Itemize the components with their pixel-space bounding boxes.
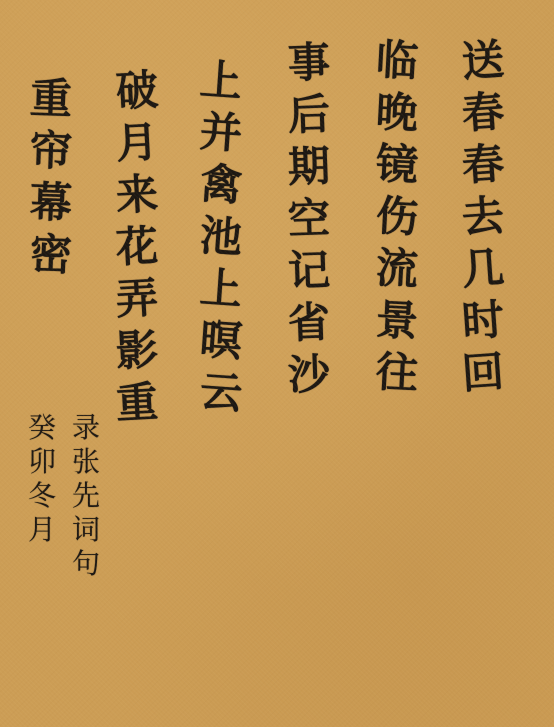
character: 期 <box>287 145 330 188</box>
character: 先 <box>72 482 100 510</box>
character: 流 <box>375 247 419 291</box>
character: 晚 <box>375 91 419 135</box>
calligraphy-column-1: 送 春 春 去 几 时 回 <box>462 40 504 404</box>
character: 后 <box>287 93 330 136</box>
character: 上 <box>199 267 244 312</box>
calligraphy-column-4: 上 并 禽 池 上 暝 云 <box>200 60 242 424</box>
character: 冬 <box>28 482 56 510</box>
character: 往 <box>375 351 419 395</box>
character: 录 <box>72 414 100 442</box>
calligraphy-column-6: 重 帘 幕 密 <box>30 78 72 286</box>
character: 花 <box>115 225 159 269</box>
character: 重 <box>115 381 159 425</box>
character: 云 <box>199 371 244 416</box>
character: 影 <box>115 329 159 373</box>
character: 几 <box>461 247 506 292</box>
character: 重 <box>29 77 72 120</box>
character: 癸 <box>28 414 56 442</box>
character: 张 <box>72 448 100 476</box>
character: 镜 <box>375 143 419 187</box>
character: 禽 <box>199 163 244 208</box>
character: 伤 <box>375 195 419 239</box>
character: 月 <box>115 121 159 165</box>
character: 帘 <box>29 129 72 172</box>
character: 卯 <box>28 448 56 476</box>
character: 破 <box>115 69 159 113</box>
character: 春 <box>461 91 506 136</box>
character: 上 <box>199 59 244 104</box>
character: 临 <box>375 39 419 83</box>
character: 密 <box>29 233 72 276</box>
character: 沙 <box>287 353 330 396</box>
character: 月 <box>28 516 56 544</box>
character: 幕 <box>29 181 72 224</box>
character: 春 <box>461 143 506 188</box>
calligraphy-column-5: 破 月 来 花 弄 影 重 <box>116 70 158 434</box>
character: 省 <box>287 301 330 344</box>
character: 句 <box>72 550 100 578</box>
character: 来 <box>115 173 159 217</box>
character: 暝 <box>199 319 244 364</box>
character: 池 <box>199 215 244 260</box>
character: 弄 <box>115 277 159 321</box>
inscription-column-2: 癸 卯 冬 月 <box>28 414 56 550</box>
calligraphy-column-2: 临 晚 镜 伤 流 景 往 <box>376 40 418 404</box>
character: 空 <box>287 197 330 240</box>
character: 景 <box>375 299 419 343</box>
inscription-column-1: 录 张 先 词 句 <box>72 414 100 584</box>
character: 送 <box>461 39 506 84</box>
character: 回 <box>461 351 506 396</box>
character: 并 <box>199 111 244 156</box>
character: 去 <box>461 195 506 240</box>
calligraphy-column-3: 事 后 期 空 记 省 沙 <box>288 42 330 406</box>
character: 事 <box>287 41 330 84</box>
character: 时 <box>461 299 506 344</box>
calligraphy-artwork: 送 春 春 去 几 时 回 临 晚 镜 伤 流 景 往 事 后 期 空 记 省 … <box>0 0 554 727</box>
character: 记 <box>287 249 330 292</box>
character: 词 <box>72 516 100 544</box>
